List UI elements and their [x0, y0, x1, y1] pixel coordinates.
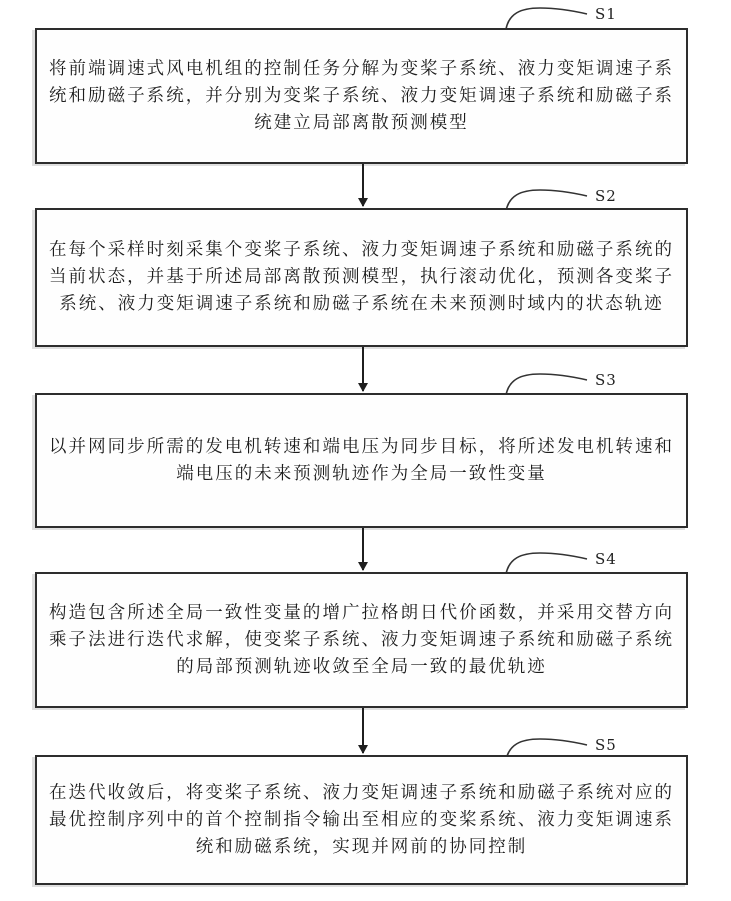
flow-arrow-3	[362, 528, 364, 570]
step-text-s5: 在迭代收敛后，将变桨子系统、液力变矩调速子系统和励磁子系统对应的最优控制序列中的…	[49, 780, 674, 861]
step-box-s1: 将前端调速式风电机组的控制任务分解为变桨子系统、液力变矩调速子系统和励磁子系统，…	[35, 28, 688, 164]
step-box-s3: 以并网同步所需的发电机转速和端电压为同步目标，将所述发电机转速和端电压的未来预测…	[35, 393, 688, 528]
step-label-s3: S3	[595, 371, 617, 389]
step-text-s2: 在每个采样时刻采集个变桨子系统、液力变矩调速子系统和励磁子系统的当前状态，并基于…	[49, 237, 674, 318]
step-box-s4: 构造包含所述全局一致性变量的增广拉格朗日代价函数，并采用交替方向乘子法进行迭代求…	[35, 572, 688, 708]
leader-line-s1	[503, 4, 591, 30]
flowchart: S1 将前端调速式风电机组的控制任务分解为变桨子系统、液力变矩调速子系统和励磁子…	[0, 0, 731, 901]
step-label-s1: S1	[595, 5, 617, 23]
step-label-s2: S2	[595, 187, 617, 205]
step-box-s2: 在每个采样时刻采集个变桨子系统、液力变矩调速子系统和励磁子系统的当前状态，并基于…	[35, 208, 688, 347]
flow-arrow-2	[362, 347, 364, 391]
flow-arrow-4	[362, 708, 364, 753]
step-text-s4: 构造包含所述全局一致性变量的增广拉格朗日代价函数，并采用交替方向乘子法进行迭代求…	[49, 600, 674, 681]
step-text-s1: 将前端调速式风电机组的控制任务分解为变桨子系统、液力变矩调速子系统和励磁子系统，…	[49, 56, 674, 137]
step-box-s5: 在迭代收敛后，将变桨子系统、液力变矩调速子系统和励磁子系统对应的最优控制序列中的…	[35, 755, 688, 885]
flow-arrow-1	[362, 164, 364, 206]
step-label-s5: S5	[595, 736, 617, 754]
step-text-s3: 以并网同步所需的发电机转速和端电压为同步目标，将所述发电机转速和端电压的未来预测…	[49, 434, 674, 488]
step-label-s4: S4	[595, 550, 617, 568]
